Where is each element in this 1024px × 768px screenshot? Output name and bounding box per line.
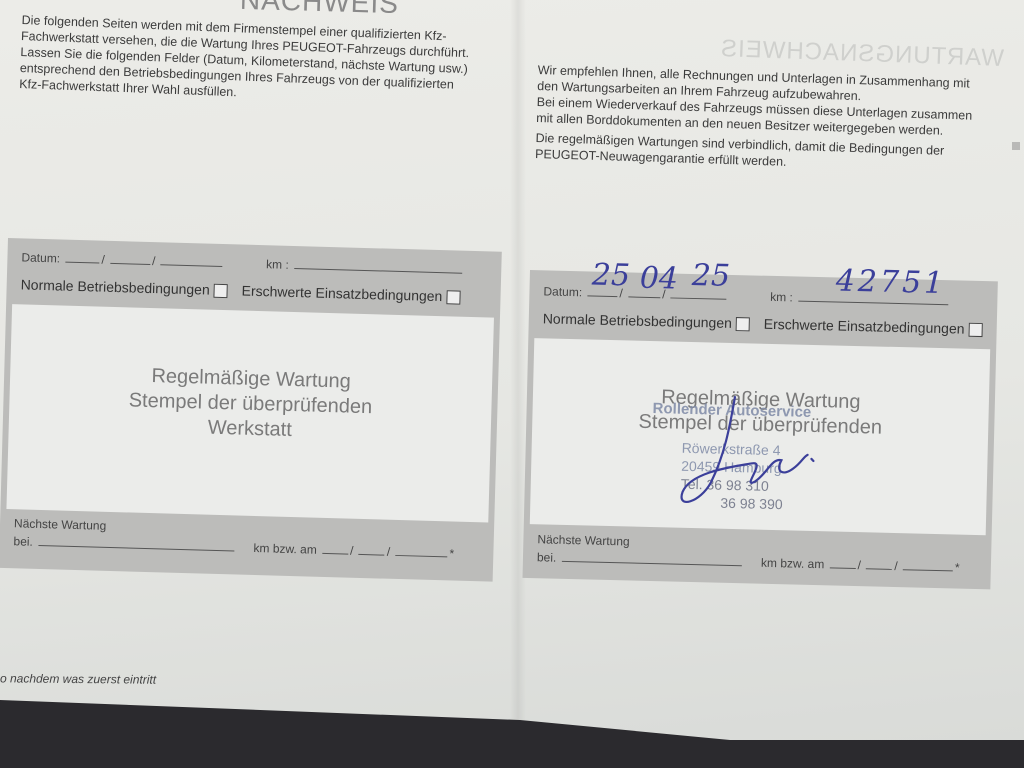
next-service-row: bei. km bzw. am / / * [13, 532, 454, 560]
page-title: NACHWEIS [240, 0, 400, 20]
next-date-year-field[interactable] [903, 557, 953, 571]
date-month-field[interactable] [110, 251, 150, 265]
km-field[interactable] [294, 256, 462, 274]
stamp-area: Regelmäßige Wartung Stempel der überprüf… [530, 338, 990, 535]
date-year-field[interactable] [161, 252, 223, 267]
handwritten-date-year: 25 [691, 258, 730, 294]
next-date-month-field[interactable] [866, 556, 892, 570]
next-service-km-field[interactable] [38, 533, 234, 551]
date-day-field[interactable] [65, 250, 99, 264]
next-service-label: Nächste Wartung [537, 532, 630, 548]
handwritten-date-month: 04 [639, 261, 678, 297]
next-date-year-field[interactable] [395, 543, 447, 557]
stamp-placeholder: Regelmäßige Wartung Stempel der überprüf… [8, 360, 492, 448]
handwritten-km: 42751 [835, 263, 946, 301]
service-entry-card-2: Datum: / / km : 25 04 25 42751 Normale B… [522, 270, 997, 589]
severe-conditions-checkbox[interactable] [968, 323, 982, 337]
next-date-month-field[interactable] [359, 542, 385, 556]
conditions-row: Normale Betriebsbedingungen Erschwerte E… [20, 276, 460, 305]
show-through-title: WARTUNGSNACHWEIS [720, 35, 1005, 73]
next-date-day-field[interactable] [830, 555, 856, 569]
conditions-row: Normale Betriebsbedingungen Erschwerte E… [543, 310, 983, 337]
severe-conditions-checkbox[interactable] [446, 291, 460, 305]
intro-text-right: Wir empfehlen Ihnen, alle Rechnungen und… [535, 62, 988, 180]
next-service-label: Nächste Wartung [14, 516, 107, 533]
normal-conditions-checkbox[interactable] [214, 284, 228, 298]
next-service-km-field[interactable] [562, 549, 742, 566]
next-date-day-field[interactable] [322, 541, 348, 555]
service-booklet-page: NACHWEIS WARTUNGSNACHWEIS Die folgenden … [0, 0, 1024, 740]
normal-conditions-checkbox[interactable] [736, 317, 750, 331]
margin-marker [1012, 142, 1020, 150]
stamp-area: Regelmäßige Wartung Stempel der überprüf… [6, 304, 494, 522]
next-service-row: bei. km bzw. am / / * [537, 548, 960, 574]
footnote: o nachdem was zuerst eintritt [0, 671, 156, 686]
signature-icon [670, 392, 833, 516]
intro-text-left: Die folgenden Seiten werden mit dem Firm… [19, 12, 532, 116]
handwritten-date-day: 25 [591, 258, 630, 294]
service-entry-card-1: Datum: / / km : Normale Betriebsbedingun… [0, 238, 502, 582]
date-row: Datum: / / km : [21, 248, 464, 276]
